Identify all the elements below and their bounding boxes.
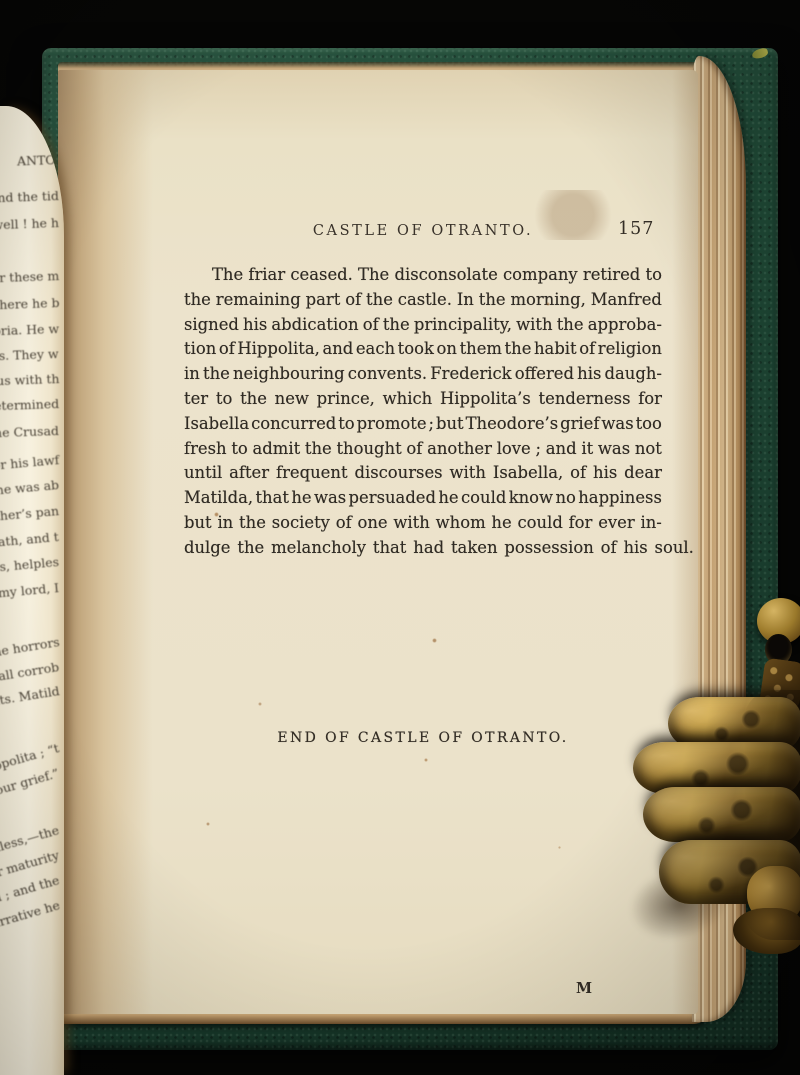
photo-scene: CASTLE OF OTRANTO. 157 Thefriarceased.Th…: [0, 0, 800, 1075]
brass-hand: [0, 0, 800, 1075]
brass-finger: [643, 787, 800, 842]
brass-thumb-shade: [733, 908, 800, 954]
